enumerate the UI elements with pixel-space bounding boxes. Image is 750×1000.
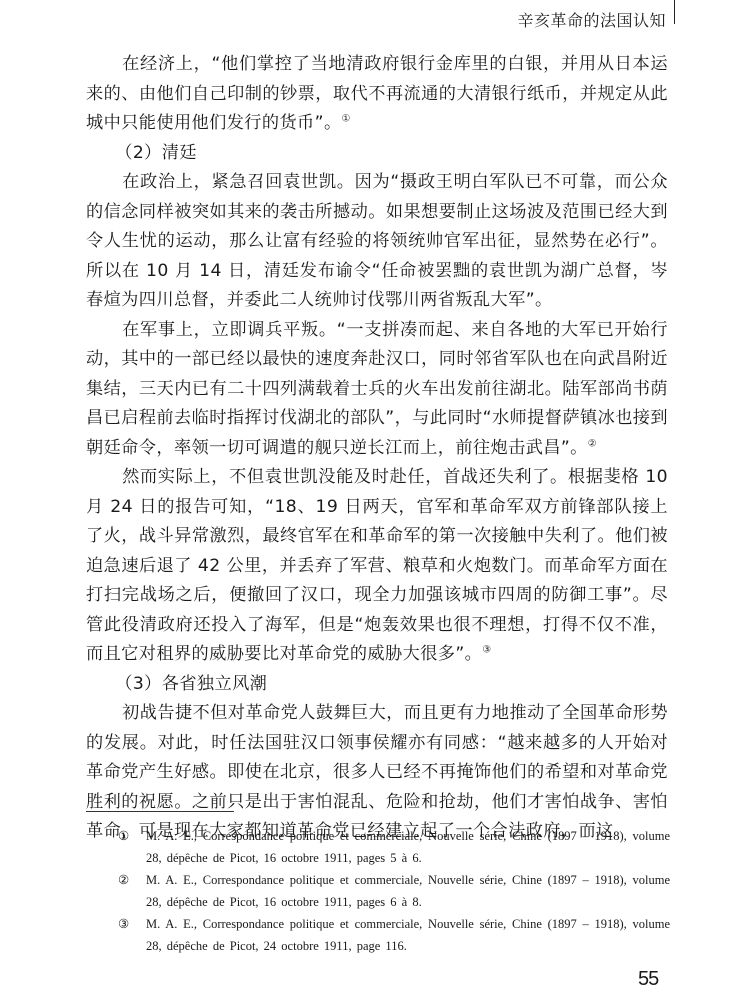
footnote-3: ③ M. A. E., Correspondance politique et … (118, 913, 670, 957)
paragraph-first-battle: 然而实际上，不但袁世凯没能及时赴任，首战还失利了。根据斐格 10 月 24 日的… (86, 463, 668, 670)
section-heading-qing-court: （2）清廷 (86, 139, 668, 169)
body-text: 在经济上，“他们掌控了当地清政府银行金库里的白银，并用从日本运来的、由他们自己印… (86, 50, 668, 847)
footnote-text: M. A. E., Correspondance politique et co… (146, 913, 670, 957)
header-vertical-rule (674, 0, 675, 24)
paragraph-military: 在军事上，立即调兵平叛。“一支拼凑而起、来自各地的大军已开始行动，其中的一部已经… (86, 316, 668, 464)
footnote-number: ② (118, 869, 146, 913)
footnote-text: M. A. E., Correspondance politique et co… (146, 869, 670, 913)
paragraph-economy: 在经济上，“他们掌控了当地清政府银行金库里的白银，并用从日本运来的、由他们自己印… (86, 50, 668, 139)
footnote-2: ② M. A. E., Correspondance politique et … (118, 869, 670, 913)
section-heading-provinces-independence: （3）各省独立风潮 (86, 670, 668, 700)
footnote-number: ③ (118, 913, 146, 957)
footnotes: ① M. A. E., Correspondance politique et … (118, 825, 670, 957)
footnote-ref-2[interactable]: ② (588, 438, 597, 449)
footnote-1: ① M. A. E., Correspondance politique et … (118, 825, 670, 869)
paragraph-politics: 在政治上，紧急召回袁世凯。因为“摄政王明白军队已不可靠，而公众的信念同样被突如其… (86, 168, 668, 316)
footnote-ref-3[interactable]: ③ (482, 644, 491, 655)
footnote-divider (86, 811, 234, 812)
footnote-ref-1[interactable]: ① (342, 113, 351, 124)
page-number: 55 (638, 968, 658, 991)
footnote-text: M. A. E., Correspondance politique et co… (146, 825, 670, 869)
running-title: 辛亥革命的法国认知 (470, 8, 666, 31)
footnote-number: ① (118, 825, 146, 869)
